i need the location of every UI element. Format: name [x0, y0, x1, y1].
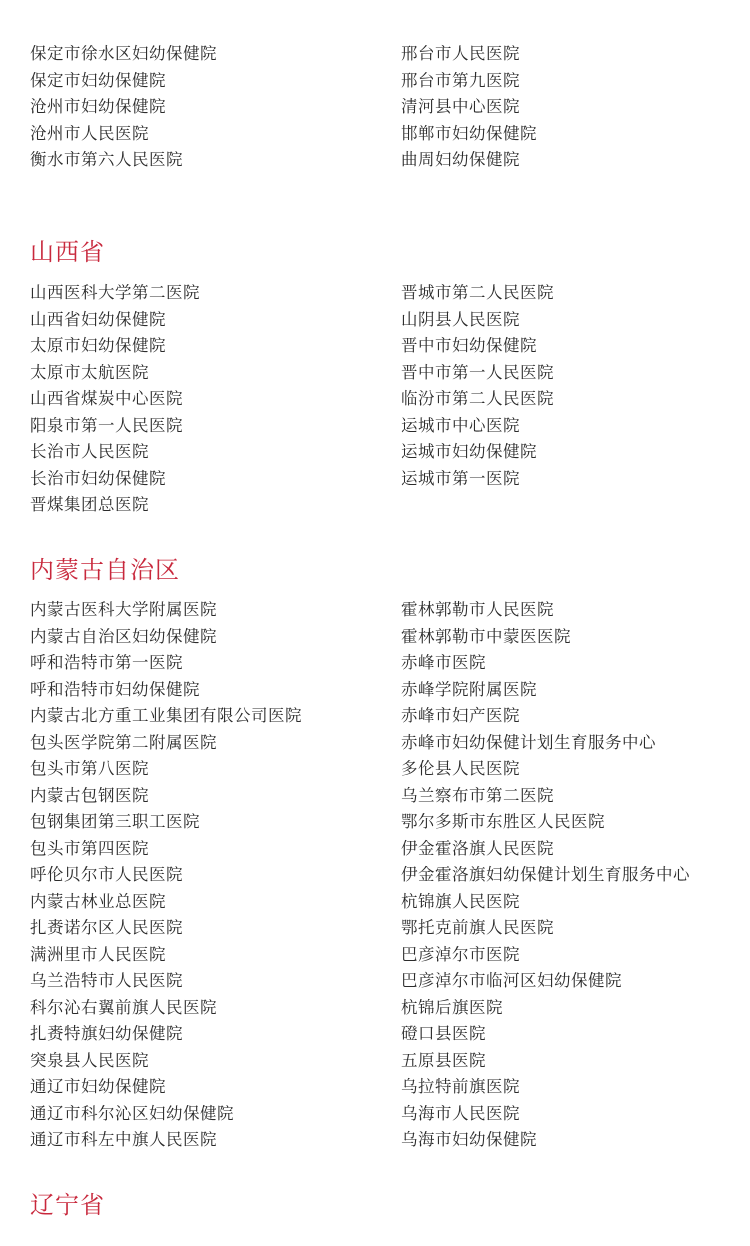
list-item: 霍林郭勒市中蒙医医院 — [401, 624, 690, 651]
list-item: 曲周妇幼保健院 — [401, 147, 537, 174]
list-item: 运城市第一医院 — [401, 466, 554, 493]
list-item: 包头市第四医院 — [30, 836, 302, 863]
list-item: 杭锦旗人民医院 — [401, 889, 690, 916]
hospital-list-right: 晋城市第二人民医院 山阴县人民医院 晋中市妇幼保健院 晋中市第一人民医院 临汾市… — [401, 280, 554, 492]
list-item: 内蒙古医科大学附属医院 — [30, 597, 302, 624]
list-item: 乌海市妇幼保健院 — [401, 1127, 690, 1154]
list-item: 山西省煤炭中心医院 — [30, 386, 200, 413]
list-item: 乌兰浩特市人民医院 — [30, 968, 302, 995]
list-item: 包钢集团第三职工医院 — [30, 809, 302, 836]
list-item: 磴口县医院 — [401, 1021, 690, 1048]
list-item: 邢台市第九医院 — [401, 68, 537, 95]
list-item: 杭锦后旗医院 — [401, 995, 690, 1022]
list-item: 科尔沁右翼前旗人民医院 — [30, 995, 302, 1022]
list-item: 扎赉诺尔区人民医院 — [30, 915, 302, 942]
list-item: 长治市妇幼保健院 — [30, 466, 200, 493]
hospital-list-left: 山西医科大学第二医院 山西省妇幼保健院 太原市妇幼保健院 太原市太航医院 山西省… — [30, 280, 200, 519]
list-item: 山西医科大学第二医院 — [30, 280, 200, 307]
list-item: 运城市妇幼保健院 — [401, 439, 554, 466]
list-item: 突泉县人民医院 — [30, 1048, 302, 1075]
list-item: 内蒙古包钢医院 — [30, 783, 302, 810]
list-item: 通辽市妇幼保健院 — [30, 1074, 302, 1101]
list-item: 乌兰察布市第二医院 — [401, 783, 690, 810]
section-heading-liaoning: 辽宁省 — [30, 1190, 105, 1220]
list-item: 临汾市第二人民医院 — [401, 386, 554, 413]
list-item: 赤峰学院附属医院 — [401, 677, 690, 704]
list-item: 内蒙古自治区妇幼保健院 — [30, 624, 302, 651]
list-item: 晋城市第二人民医院 — [401, 280, 554, 307]
list-item: 内蒙古北方重工业集团有限公司医院 — [30, 703, 302, 730]
list-item: 太原市太航医院 — [30, 360, 200, 387]
hospital-list-right: 邢台市人民医院 邢台市第九医院 清河县中心医院 邯郸市妇幼保健院 曲周妇幼保健院 — [401, 41, 537, 174]
list-item: 山西省妇幼保健院 — [30, 307, 200, 334]
hospital-list-left: 保定市徐水区妇幼保健院 保定市妇幼保健院 沧州市妇幼保健院 沧州市人民医院 衡水… — [30, 41, 217, 174]
list-item: 沧州市人民医院 — [30, 121, 217, 148]
list-item: 清河县中心医院 — [401, 94, 537, 121]
list-item: 运城市中心医院 — [401, 413, 554, 440]
list-item: 满洲里市人民医院 — [30, 942, 302, 969]
list-item: 保定市徐水区妇幼保健院 — [30, 41, 217, 68]
list-item: 邢台市人民医院 — [401, 41, 537, 68]
list-item: 赤峰市妇幼保健计划生育服务中心 — [401, 730, 690, 757]
list-item: 霍林郭勒市人民医院 — [401, 597, 690, 624]
list-item: 呼和浩特市妇幼保健院 — [30, 677, 302, 704]
list-item: 山阴县人民医院 — [401, 307, 554, 334]
list-item: 鄂托克前旗人民医院 — [401, 915, 690, 942]
hospital-list-right: 霍林郭勒市人民医院 霍林郭勒市中蒙医医院 赤峰市医院 赤峰学院附属医院 赤峰市妇… — [401, 597, 690, 1154]
list-item: 包头医学院第二附属医院 — [30, 730, 302, 757]
list-item: 邯郸市妇幼保健院 — [401, 121, 537, 148]
list-item: 呼和浩特市第一医院 — [30, 650, 302, 677]
list-item: 包头市第八医院 — [30, 756, 302, 783]
list-item: 晋中市第一人民医院 — [401, 360, 554, 387]
list-item: 伊金霍洛旗人民医院 — [401, 836, 690, 863]
list-item: 赤峰市妇产医院 — [401, 703, 690, 730]
list-item: 内蒙古林业总医院 — [30, 889, 302, 916]
list-item: 沧州市妇幼保健院 — [30, 94, 217, 121]
hospital-list-left: 内蒙古医科大学附属医院 内蒙古自治区妇幼保健院 呼和浩特市第一医院 呼和浩特市妇… — [30, 597, 302, 1154]
list-item: 鄂尔多斯市东胜区人民医院 — [401, 809, 690, 836]
list-item: 衡水市第六人民医院 — [30, 147, 217, 174]
list-item: 太原市妇幼保健院 — [30, 333, 200, 360]
list-item: 巴彦淖尔市临河区妇幼保健院 — [401, 968, 690, 995]
list-item: 巴彦淖尔市医院 — [401, 942, 690, 969]
list-item: 长治市人民医院 — [30, 439, 200, 466]
list-item: 晋中市妇幼保健院 — [401, 333, 554, 360]
section-heading-shanxi: 山西省 — [30, 237, 105, 267]
list-item: 呼伦贝尔市人民医院 — [30, 862, 302, 889]
list-item: 阳泉市第一人民医院 — [30, 413, 200, 440]
list-item: 乌海市人民医院 — [401, 1101, 690, 1128]
list-item: 赤峰市医院 — [401, 650, 690, 677]
list-item: 保定市妇幼保健院 — [30, 68, 217, 95]
list-item: 扎赉特旗妇幼保健院 — [30, 1021, 302, 1048]
list-item: 晋煤集团总医院 — [30, 492, 200, 519]
list-item: 多伦县人民医院 — [401, 756, 690, 783]
list-item: 乌拉特前旗医院 — [401, 1074, 690, 1101]
list-item: 伊金霍洛旗妇幼保健计划生育服务中心 — [401, 862, 690, 889]
list-item: 通辽市科尔沁区妇幼保健院 — [30, 1101, 302, 1128]
list-item: 通辽市科左中旗人民医院 — [30, 1127, 302, 1154]
section-heading-inner-mongolia: 内蒙古自治区 — [30, 555, 180, 585]
list-item: 五原县医院 — [401, 1048, 690, 1075]
